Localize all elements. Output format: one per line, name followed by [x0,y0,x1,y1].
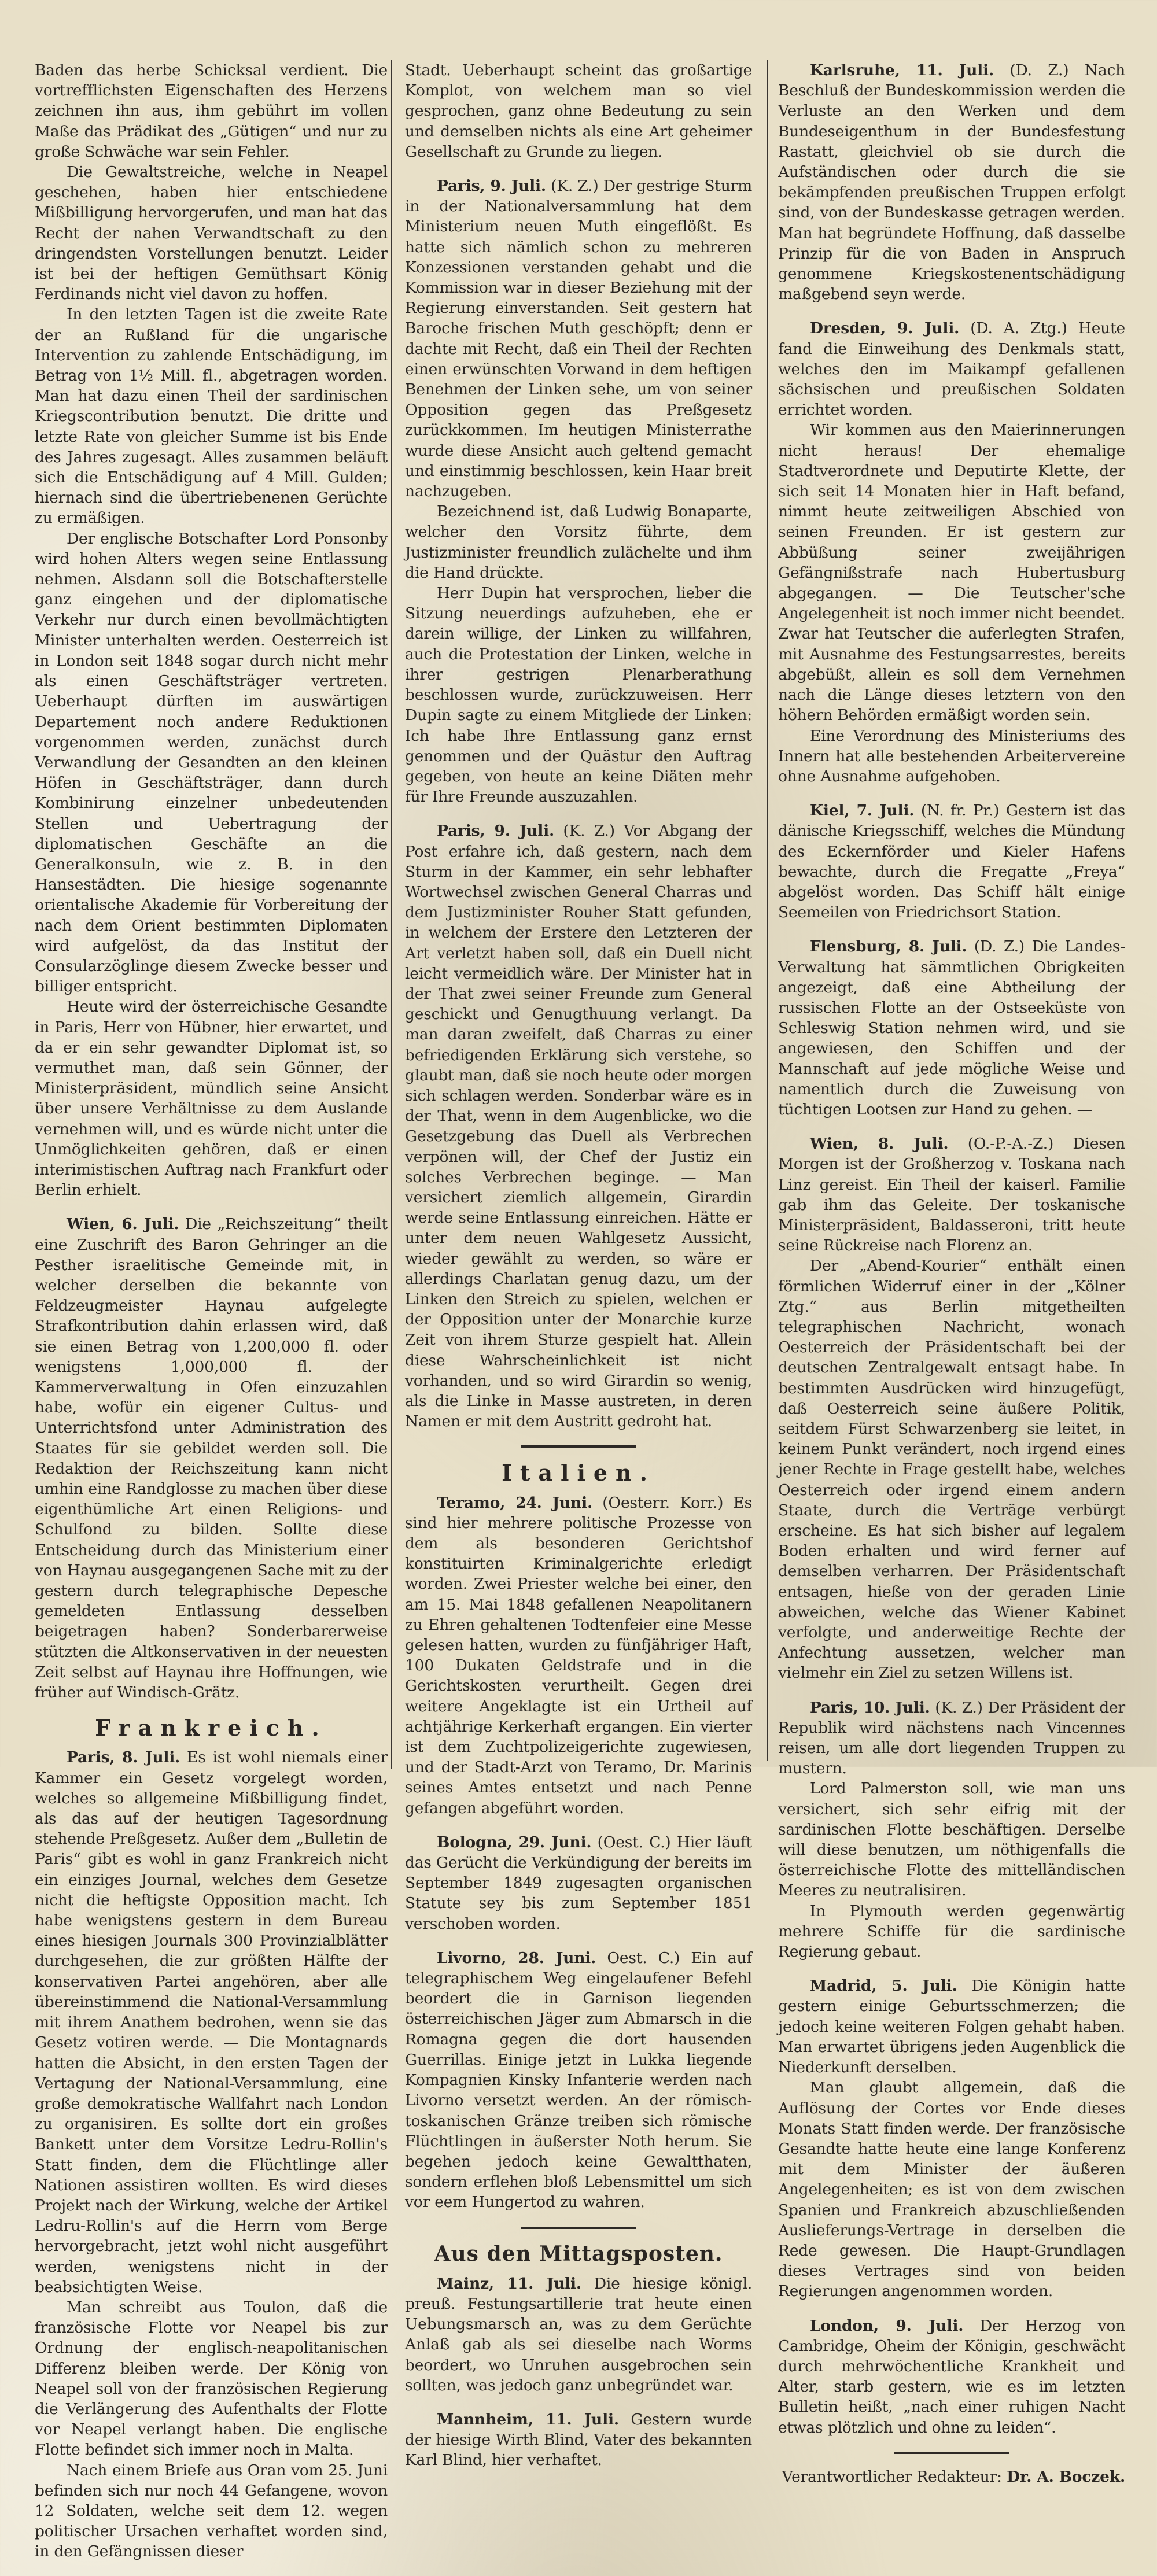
newspaper-page: Baden das herbe Schicksal verdient. Die … [0,0,1157,1767]
paragraph-text: Herr Dupin hat versprochen, lieber die S… [405,584,752,806]
paragraph-text: Der „Abend-Kourier“ enthält einen förmli… [778,1257,1125,1682]
article-paragraph: Wir kommen aus den Maierinnerungen nicht… [778,420,1125,725]
article-paragraph: Die Gewaltstreiche, welche in Neapel ges… [35,162,388,304]
article-paragraph: Heute wird der österreichische Gesandte … [35,997,388,1200]
paragraph-text: Nach Beschluß der Bundeskommission werde… [778,61,1125,303]
article-paragraph: Paris, 10. Juli. (K. Z.) Der Präsident d… [778,1697,1125,1767]
paragraph-text: Der gestrige Sturm in der Nationalversam… [405,177,752,500]
article-paragraph: Eine Verordnung des Ministeriums des Inn… [778,726,1125,787]
article-source: (D. A. Ztg.) [970,319,1067,337]
paragraph-text: Der englische Botschafter Lord Ponsonby … [35,530,388,995]
column-right: Karlsruhe, 11. Juli. (D. Z.) Nach Beschl… [778,60,1125,1767]
news-article: Wien, 6. Juli. Die „Reichszeitung“ theil… [35,1214,388,1703]
news-article: Kiel, 7. Juli. (N. fr. Pr.) Gestern ist … [778,800,1125,922]
article-dateline: Wien, 6. Juli. [67,1215,179,1233]
article-paragraph: Paris, 9. Juli. (K. Z.) Vor Abgang der P… [405,821,752,1431]
article-source: (D. Z.) [1009,61,1068,79]
news-article: Paris, 9. Juli. (K. Z.) Der gestrige Stu… [405,176,752,807]
paragraph-text: Gestern ist das dänische Kriegsschiff, w… [778,802,1125,921]
article-continuation: Baden das herbe Schicksal verdient. Die … [35,60,388,1200]
paragraph-text: Heute wird der österreichische Gesandte … [35,998,388,1199]
article-source: (N. fr. Pr.) [921,802,1000,820]
article-dateline: Dresden, 9. Juli. [810,319,959,337]
paragraph-text: Wir kommen aus den Maierinnerungen nicht… [778,421,1125,724]
news-article: Paris, 8. Juli. Es ist wohl niemals eine… [35,1747,388,1767]
column-divider [391,60,392,1767]
article-source: (Oesterr. Korr.) [602,1494,723,1512]
article-paragraph: In den letzten Tagen ist die zweite Rate… [35,304,388,528]
news-article: Karlsruhe, 11. Juli. (D. Z.) Nach Beschl… [778,60,1125,304]
news-article: Wien, 8. Juli. (O.-P.-A.-Z.) Diesen Morg… [778,1134,1125,1683]
article-dateline: Flensburg, 8. Juli. [810,938,967,955]
article-paragraph: Paris, 9. Juli. (K. Z.) Der gestrige Stu… [405,176,752,501]
news-article: Dresden, 9. Juli. (D. A. Ztg.) Heute fan… [778,318,1125,787]
article-paragraph: Der englische Botschafter Lord Ponsonby … [35,529,388,997]
article-continuation: Stadt. Ueberhaupt scheint das großartige… [405,60,752,162]
article-paragraph: Karlsruhe, 11. Juli. (D. Z.) Nach Beschl… [778,60,1125,304]
article-source: (K. Z.) [551,177,598,195]
paragraph-text: Baden das herbe Schicksal verdient. Die … [35,61,388,161]
news-article: Paris, 9. Juli. (K. Z.) Vor Abgang der P… [405,821,752,1431]
column-middle: Stadt. Ueberhaupt scheint das großartige… [405,60,752,1767]
section-heading: Italien. [405,1463,752,1483]
news-article: Teramo, 24. Juni. (Oesterr. Korr.) Es si… [405,1493,752,1767]
article-paragraph: Herr Dupin hat versprochen, lieber die S… [405,583,752,807]
article-source: (K. Z.) [563,822,614,840]
paragraph-text: Die Gewaltstreiche, welche in Neapel ges… [35,163,388,303]
paragraph-text: Stadt. Ueberhaupt scheint das großartige… [405,61,752,161]
paragraph-text: In den letzten Tagen ist die zweite Rate… [35,305,388,527]
column-left: Baden das herbe Schicksal verdient. Die … [35,60,388,1767]
column-divider [767,60,768,1761]
article-source: (O.-P.-A.-Z.) [968,1135,1053,1153]
paragraph-text: Die „Reichszeitung“ theilt eine Zuschrif… [35,1215,388,1702]
paragraph-text: Diesen Morgen ist der Großherzog v. Tosk… [778,1135,1125,1254]
section-rule [521,1445,636,1448]
paragraph-text: Eine Verordnung des Ministeriums des Inn… [778,727,1125,785]
article-dateline: Teramo, 24. Juni. [437,1494,592,1512]
article-paragraph: Stadt. Ueberhaupt scheint das großartige… [405,60,752,162]
article-source: (K. Z.) [935,1699,983,1717]
article-dateline: Karlsruhe, 11. Juli. [810,61,994,79]
news-article: Flensburg, 8. Juli. (D. Z.) Die Landes-V… [778,936,1125,1120]
article-paragraph: Kiel, 7. Juli. (N. fr. Pr.) Gestern ist … [778,800,1125,922]
article-dateline: Kiel, 7. Juli. [810,802,914,820]
article-paragraph: Paris, 8. Juli. Es ist wohl niemals eine… [35,1747,388,1767]
paragraph-text: Vor Abgang der Post erfahre ich, daß ges… [405,822,752,1430]
article-paragraph: Baden das herbe Schicksal verdient. Die … [35,60,388,162]
paragraph-text: Es sind hier mehrere politische Prozesse… [405,1494,752,1767]
article-dateline: Paris, 9. Juli. [437,822,554,840]
article-paragraph: Wien, 6. Juli. Die „Reichszeitung“ theil… [35,1214,388,1703]
section-heading: Frankreich. [35,1718,388,1738]
article-dateline: Paris, 10. Juli. [810,1699,930,1717]
article-paragraph: Teramo, 24. Juni. (Oesterr. Korr.) Es si… [405,1493,752,1767]
article-paragraph: Wien, 8. Juli. (O.-P.-A.-Z.) Diesen Morg… [778,1134,1125,1256]
article-dateline: Paris, 8. Juli. [67,1748,180,1766]
article-dateline: Wien, 8. Juli. [810,1135,948,1153]
paragraph-text: Die Landes-Verwaltung hat sämmtlichen Ob… [778,938,1125,1119]
paragraph-text: Bezeichnend ist, daß Ludwig Bonaparte, w… [405,503,752,582]
article-paragraph: Der „Abend-Kourier“ enthält einen förmli… [778,1256,1125,1683]
article-paragraph: Bezeichnend ist, daß Ludwig Bonaparte, w… [405,501,752,583]
article-paragraph: Dresden, 9. Juli. (D. A. Ztg.) Heute fan… [778,318,1125,420]
article-dateline: Paris, 9. Juli. [437,177,546,195]
article-source: (D. Z.) [974,938,1025,955]
news-article: Paris, 10. Juli. (K. Z.) Der Präsident d… [778,1697,1125,1767]
article-paragraph: Flensburg, 8. Juli. (D. Z.) Die Landes-V… [778,936,1125,1120]
